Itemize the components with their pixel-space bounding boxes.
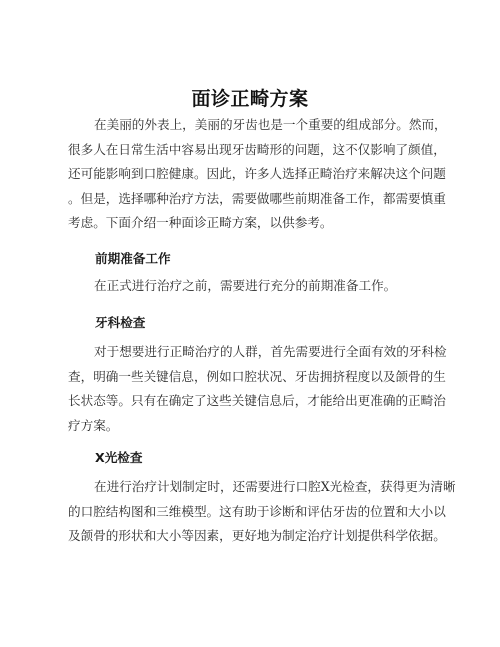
text-line: 长状态等。只有在确定了这些关键信息后，才能给出更准确的正畸治 (68, 389, 436, 414)
text-line: 对于想要进行正畸治疗的人群，首先需要进行全面有效的牙科检 (68, 340, 436, 365)
text-line: 考虑。下面介绍一种面诊正畸方案，以供参考。 (68, 211, 436, 236)
text-line: 在美丽的外表上，美丽的牙齿也是一个重要的组成部分。然而， (68, 113, 436, 138)
section-paragraph-xray: 在进行治疗计划制定时，还需要进行口腔X光检查，获得更为清晰 的口腔结构图和三维模… (68, 475, 436, 549)
intro-paragraph: 在美丽的外表上，美丽的牙齿也是一个重要的组成部分。然而， 很多人在日常生活中容易… (68, 113, 436, 236)
text-line: 还可能影响到口腔健康。因此，许多人选择正畸治疗来解决这个问题 (68, 162, 436, 187)
text-line: 在进行治疗计划制定时，还需要进行口腔X光检查，获得更为清晰 (68, 475, 436, 500)
section-paragraph-dental-exam: 对于想要进行正畸治疗的人群，首先需要进行全面有效的牙科检 查，明确一些关键信息，… (68, 340, 436, 438)
text-line: 。但是，选择哪种治疗方法，需要做哪些前期准备工作，都需要慎重 (68, 187, 436, 212)
section-heading-dental-exam: 牙科检查 (95, 312, 145, 331)
document-page: 面诊正畸方案 在美丽的外表上，美丽的牙齿也是一个重要的组成部分。然而， 很多人在… (0, 0, 500, 647)
section-paragraph-preparation: 在正式进行治疗之前，需要进行充分的前期准备工作。 (68, 274, 436, 299)
text-line: 很多人在日常生活中容易出现牙齿畸形的问题，这不仅影响了颜值， (68, 138, 436, 163)
section-heading-xray: X光检查 (95, 447, 143, 466)
text-line: 在正式进行治疗之前，需要进行充分的前期准备工作。 (68, 274, 436, 299)
text-line: 疗方案。 (68, 414, 436, 439)
text-line: 及颌骨的形状和大小等因素，更好地为制定治疗计划提供科学依据。 (68, 524, 436, 549)
section-heading-preparation: 前期准备工作 (95, 248, 171, 267)
text-line: 查，明确一些关键信息，例如口腔状况、牙齿拥挤程度以及颌骨的生 (68, 365, 436, 390)
page-title: 面诊正畸方案 (0, 84, 500, 111)
text-line: 的口腔结构图和三维模型。这有助于诊断和评估牙齿的位置和大小以 (68, 500, 436, 525)
